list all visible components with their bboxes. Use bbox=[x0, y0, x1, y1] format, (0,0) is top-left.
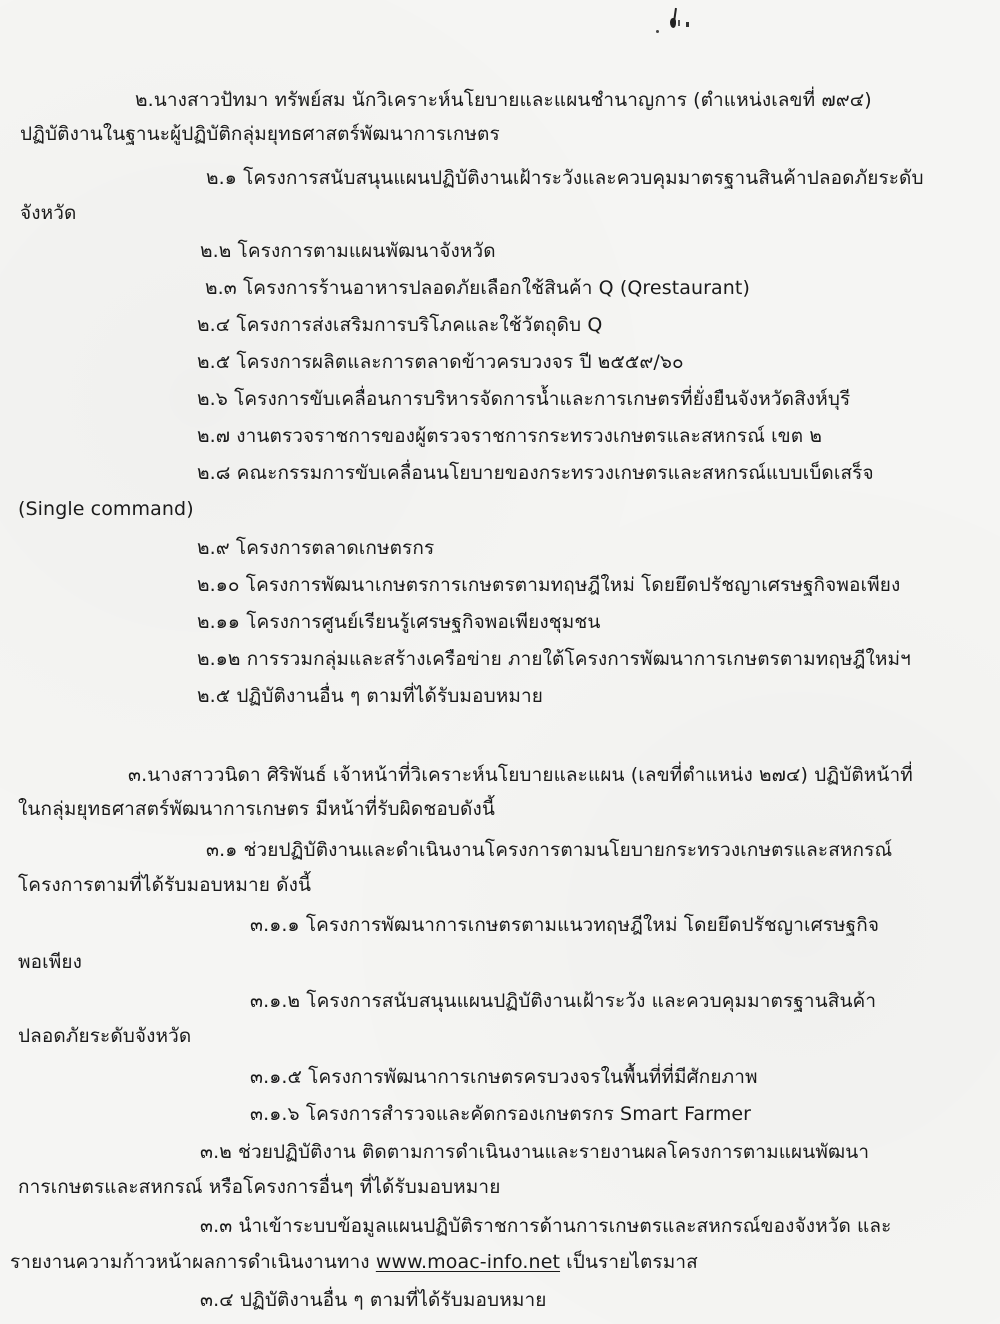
section2-header-line1: ๒.นางสาวปัทมา ทรัพย์สม นักวิเคราะห์นโยบา… bbox=[135, 87, 872, 113]
item-3-1-line1: ๓.๑ ช่วยปฏิบัติงานและดำเนินงานโครงการตาม… bbox=[206, 837, 892, 863]
item-2-7: ๒.๗ งานตรวจราชการของผู้ตรวจราชการกระทรวง… bbox=[197, 423, 822, 449]
item-2-5: ๒.๕ โครงการผลิตและการตลาดข้าวครบวงจร ปี … bbox=[197, 349, 684, 375]
item-2-4: ๒.๔ โครงการส่งเสริมการบริโภคและใช้วัตถุด… bbox=[197, 312, 602, 338]
section2-header-line2: ปฏิบัติงานในฐานะผู้ปฏิบัติกลุ่มยุทธศาสตร… bbox=[20, 121, 500, 147]
section3-header-line2: ในกลุ่มยุทธศาสตร์พัฒนาการเกษตร มีหน้าที่… bbox=[18, 796, 495, 822]
item-3-1-5: ๓.๑.๕ โครงการพัฒนาการเกษตรครบวงจรในพื้นท… bbox=[250, 1064, 758, 1090]
item-3-2-line1: ๓.๒ ช่วยปฏิบัติงาน ติดตามการดำเนินงานและ… bbox=[200, 1139, 869, 1165]
item-3-3-line2-prefix: รายงานความก้าวหน้าผลการดำเนินงานทาง bbox=[10, 1251, 376, 1273]
item-3-3-line2-suffix: เป็นรายไตรมาส bbox=[560, 1251, 698, 1273]
moac-info-link[interactable]: www.moac-info.net bbox=[376, 1251, 560, 1273]
item-3-1-6: ๓.๑.๖ โครงการสำรวจและคัดกรองเกษตรกร Smar… bbox=[250, 1101, 751, 1127]
item-2-12: ๒.๑๒ การรวมกลุ่มและสร้างเครือข่าย ภายใต้… bbox=[197, 646, 911, 672]
scanned-document-page: ๒.นางสาวปัทมา ทรัพย์สม นักวิเคราะห์นโยบา… bbox=[0, 0, 1000, 1324]
item-2-8-line2: (Single command) bbox=[18, 496, 194, 522]
item-3-1-2-line2: ปลอดภัยระดับจังหวัด bbox=[18, 1023, 191, 1049]
item-3-1-2-line1: ๓.๑.๒ โครงการสนับสนุนแผนปฏิบัติงานเฝ้าระ… bbox=[250, 988, 876, 1014]
item-2-1-line1: ๒.๑ โครงการสนับสนุนแผนปฏิบัติงานเฝ้าระวั… bbox=[206, 165, 924, 191]
scan-mark-icon bbox=[668, 6, 682, 30]
section3-header-line1: ๓.นางสาววนิดา ศิริพันธ์ เจ้าหน้าที่วิเคร… bbox=[128, 762, 913, 788]
item-3-4: ๓.๔ ปฏิบัติงานอื่น ๆ ตามที่ได้รับมอบหมาย bbox=[200, 1287, 546, 1313]
item-3-3-line1: ๓.๓ นำเข้าระบบข้อมูลแผนปฏิบัติราชการด้าน… bbox=[200, 1213, 891, 1239]
item-2-6: ๒.๖ โครงการขับเคลื่อนการบริหารจัดการน้ำแ… bbox=[197, 386, 850, 412]
item-3-1-1-line1: ๓.๑.๑ โครงการพัฒนาการเกษตรตามแนวทฤษฎีใหม… bbox=[250, 912, 879, 938]
item-2-other: ๒.๕ ปฏิบัติงานอื่น ๆ ตามที่ได้รับมอบหมาย bbox=[197, 683, 543, 709]
item-2-11: ๒.๑๑ โครงการศูนย์เรียนรู้เศรษฐกิจพอเพียง… bbox=[197, 609, 600, 635]
item-3-1-line2: โครงการตามที่ได้รับมอบหมาย ดังนี้ bbox=[18, 872, 311, 898]
item-3-2-line2: การเกษตรและสหกรณ์ หรือโครงการอื่นๆ ที่ได… bbox=[18, 1174, 500, 1200]
item-2-1-line2: จังหวัด bbox=[20, 200, 76, 226]
item-2-9: ๒.๙ โครงการตลาดเกษตรกร bbox=[197, 535, 434, 561]
item-2-2: ๒.๒ โครงการตามแผนพัฒนาจังหวัด bbox=[200, 238, 496, 264]
item-2-10: ๒.๑๐ โครงการพัฒนาเกษตรการเกษตรตามทฤษฎีให… bbox=[197, 572, 900, 598]
item-3-3-line2: รายงานความก้าวหน้าผลการดำเนินงานทาง www.… bbox=[10, 1249, 698, 1275]
item-2-8-line1: ๒.๘ คณะกรรมการขับเคลื่อนนโยบายของกระทรวง… bbox=[197, 460, 874, 486]
item-2-3: ๒.๓ โครงการร้านอาหารปลอดภัยเลือกใช้สินค้… bbox=[205, 275, 750, 301]
item-3-1-1-line2: พอเพียง bbox=[18, 949, 82, 975]
